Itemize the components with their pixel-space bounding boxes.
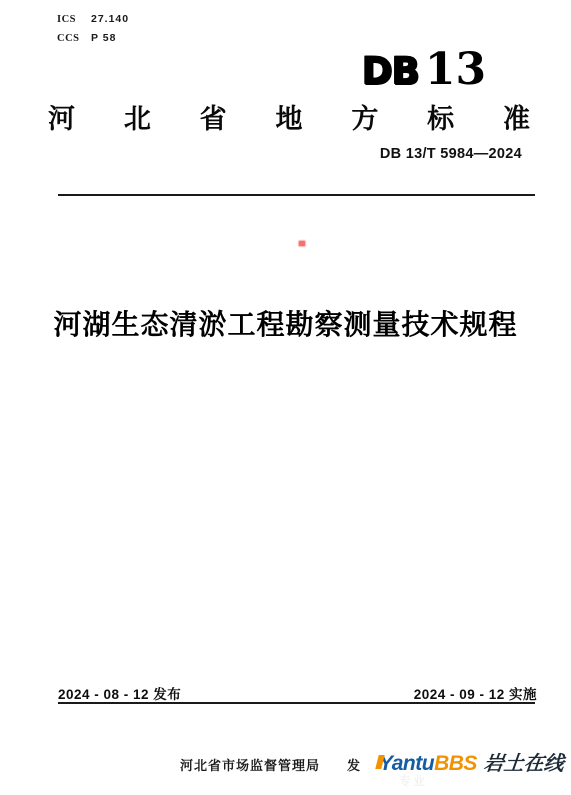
watermark-bbs-text: BBS — [434, 752, 477, 776]
top-divider-rule — [58, 194, 535, 196]
standard-cover-page: ICS 27.140 CCS P 58 DB 13 河北省地方标准 DB 13/… — [0, 0, 571, 795]
db13-logo-number: 13 — [425, 44, 486, 95]
dates-row: 2024 - 08 - 12 发布 2024 - 09 - 12 实施 — [58, 683, 537, 703]
bottom-divider-rule — [58, 702, 535, 704]
publisher-name: 河北省市场监督管理局 — [180, 755, 320, 774]
standard-type-heading: 河北省地方标准 — [48, 97, 530, 136]
ics-label: ICS — [57, 11, 91, 29]
ics-value: 27.140 — [91, 10, 129, 28]
db13-logo: DB 13 — [362, 44, 486, 92]
watermark-faint-text: 专业 — [399, 772, 427, 789]
db13-logo-letters: DB — [362, 50, 419, 93]
ccs-code-row: CCS P 58 — [57, 29, 129, 48]
red-mark-icon — [299, 241, 305, 246]
classification-codes: ICS 27.140 CCS P 58 — [57, 10, 129, 48]
document-title: 河湖生态清淤工程勘察测量技术规程 — [0, 303, 571, 343]
watermark-cn-text: 岩土在线 — [482, 747, 565, 776]
implement-date: 2024 - 09 - 12 实施 — [414, 683, 537, 703]
standard-number: DB 13/T 5984—2024 — [380, 146, 522, 162]
ccs-label: CCS — [57, 30, 91, 48]
ics-code-row: ICS 27.140 — [57, 10, 129, 29]
issue-date: 2024 - 08 - 12 发布 — [58, 683, 181, 703]
ccs-value: P 58 — [91, 29, 116, 47]
